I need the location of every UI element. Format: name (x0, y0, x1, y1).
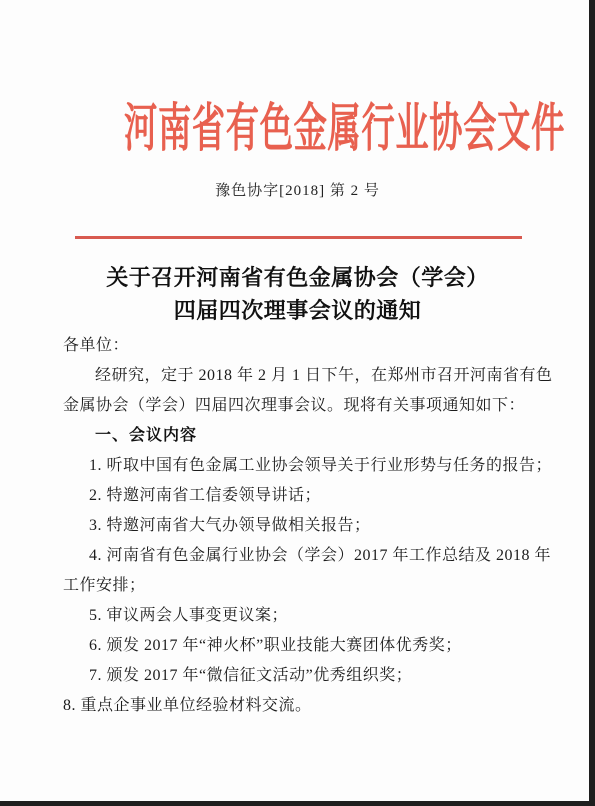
body-line: 2. 特邀河南省工信委领导讲话； (63, 481, 533, 511)
letterhead-org-title: 河南省有色金属行业协会文件 (124, 86, 565, 161)
notice-title-line1: 关于召开河南省有色金属协会（学会） (0, 261, 595, 294)
body-line: 金属协会（学会）四届四次理事会议。现将有关事项通知如下： (63, 391, 533, 421)
body: 各单位：经研究，定于 2018 年 2 月 1 日下午，在郑州市召开河南省有色金… (63, 331, 533, 721)
body-line: 工作安排； (63, 571, 533, 601)
document-number: 豫色协字[2018] 第 2 号 (0, 179, 595, 200)
body-line: 5. 审议两会人事变更议案； (63, 601, 533, 631)
body-line: 各单位： (63, 331, 533, 361)
body-line: 1. 听取中国有色金属工业协会领导关于行业形势与任务的报告； (63, 451, 533, 481)
section-heading: 一、会议内容 (63, 421, 533, 451)
body-line: 3. 特邀河南省大气办领导做相关报告； (63, 511, 533, 541)
notice-title: 关于召开河南省有色金属协会（学会） 四届四次理事会议的通知 (0, 261, 595, 327)
document-page: 河南省有色金属行业协会文件 豫色协字[2018] 第 2 号 关于召开河南省有色… (0, 0, 595, 806)
notice-title-line2: 四届四次理事会议的通知 (0, 294, 595, 327)
body-line: 经研究，定于 2018 年 2 月 1 日下午，在郑州市召开河南省有色 (63, 361, 533, 391)
scan-edge-bottom (0, 801, 595, 806)
scan-edge-right (589, 0, 595, 806)
body-line: 7. 颁发 2017 年“微信征文活动”优秀组织奖； (63, 661, 533, 691)
body-line: 6. 颁发 2017 年“神火杯”职业技能大赛团体优秀奖； (63, 631, 533, 661)
body-line: 8. 重点企事业单位经验材料交流。 (63, 691, 533, 721)
red-divider-line (75, 236, 522, 239)
letterhead: 河南省有色金属行业协会文件 (0, 86, 595, 161)
body-line: 4. 河南省有色金属行业协会（学会）2017 年工作总结及 2018 年 (63, 541, 533, 571)
